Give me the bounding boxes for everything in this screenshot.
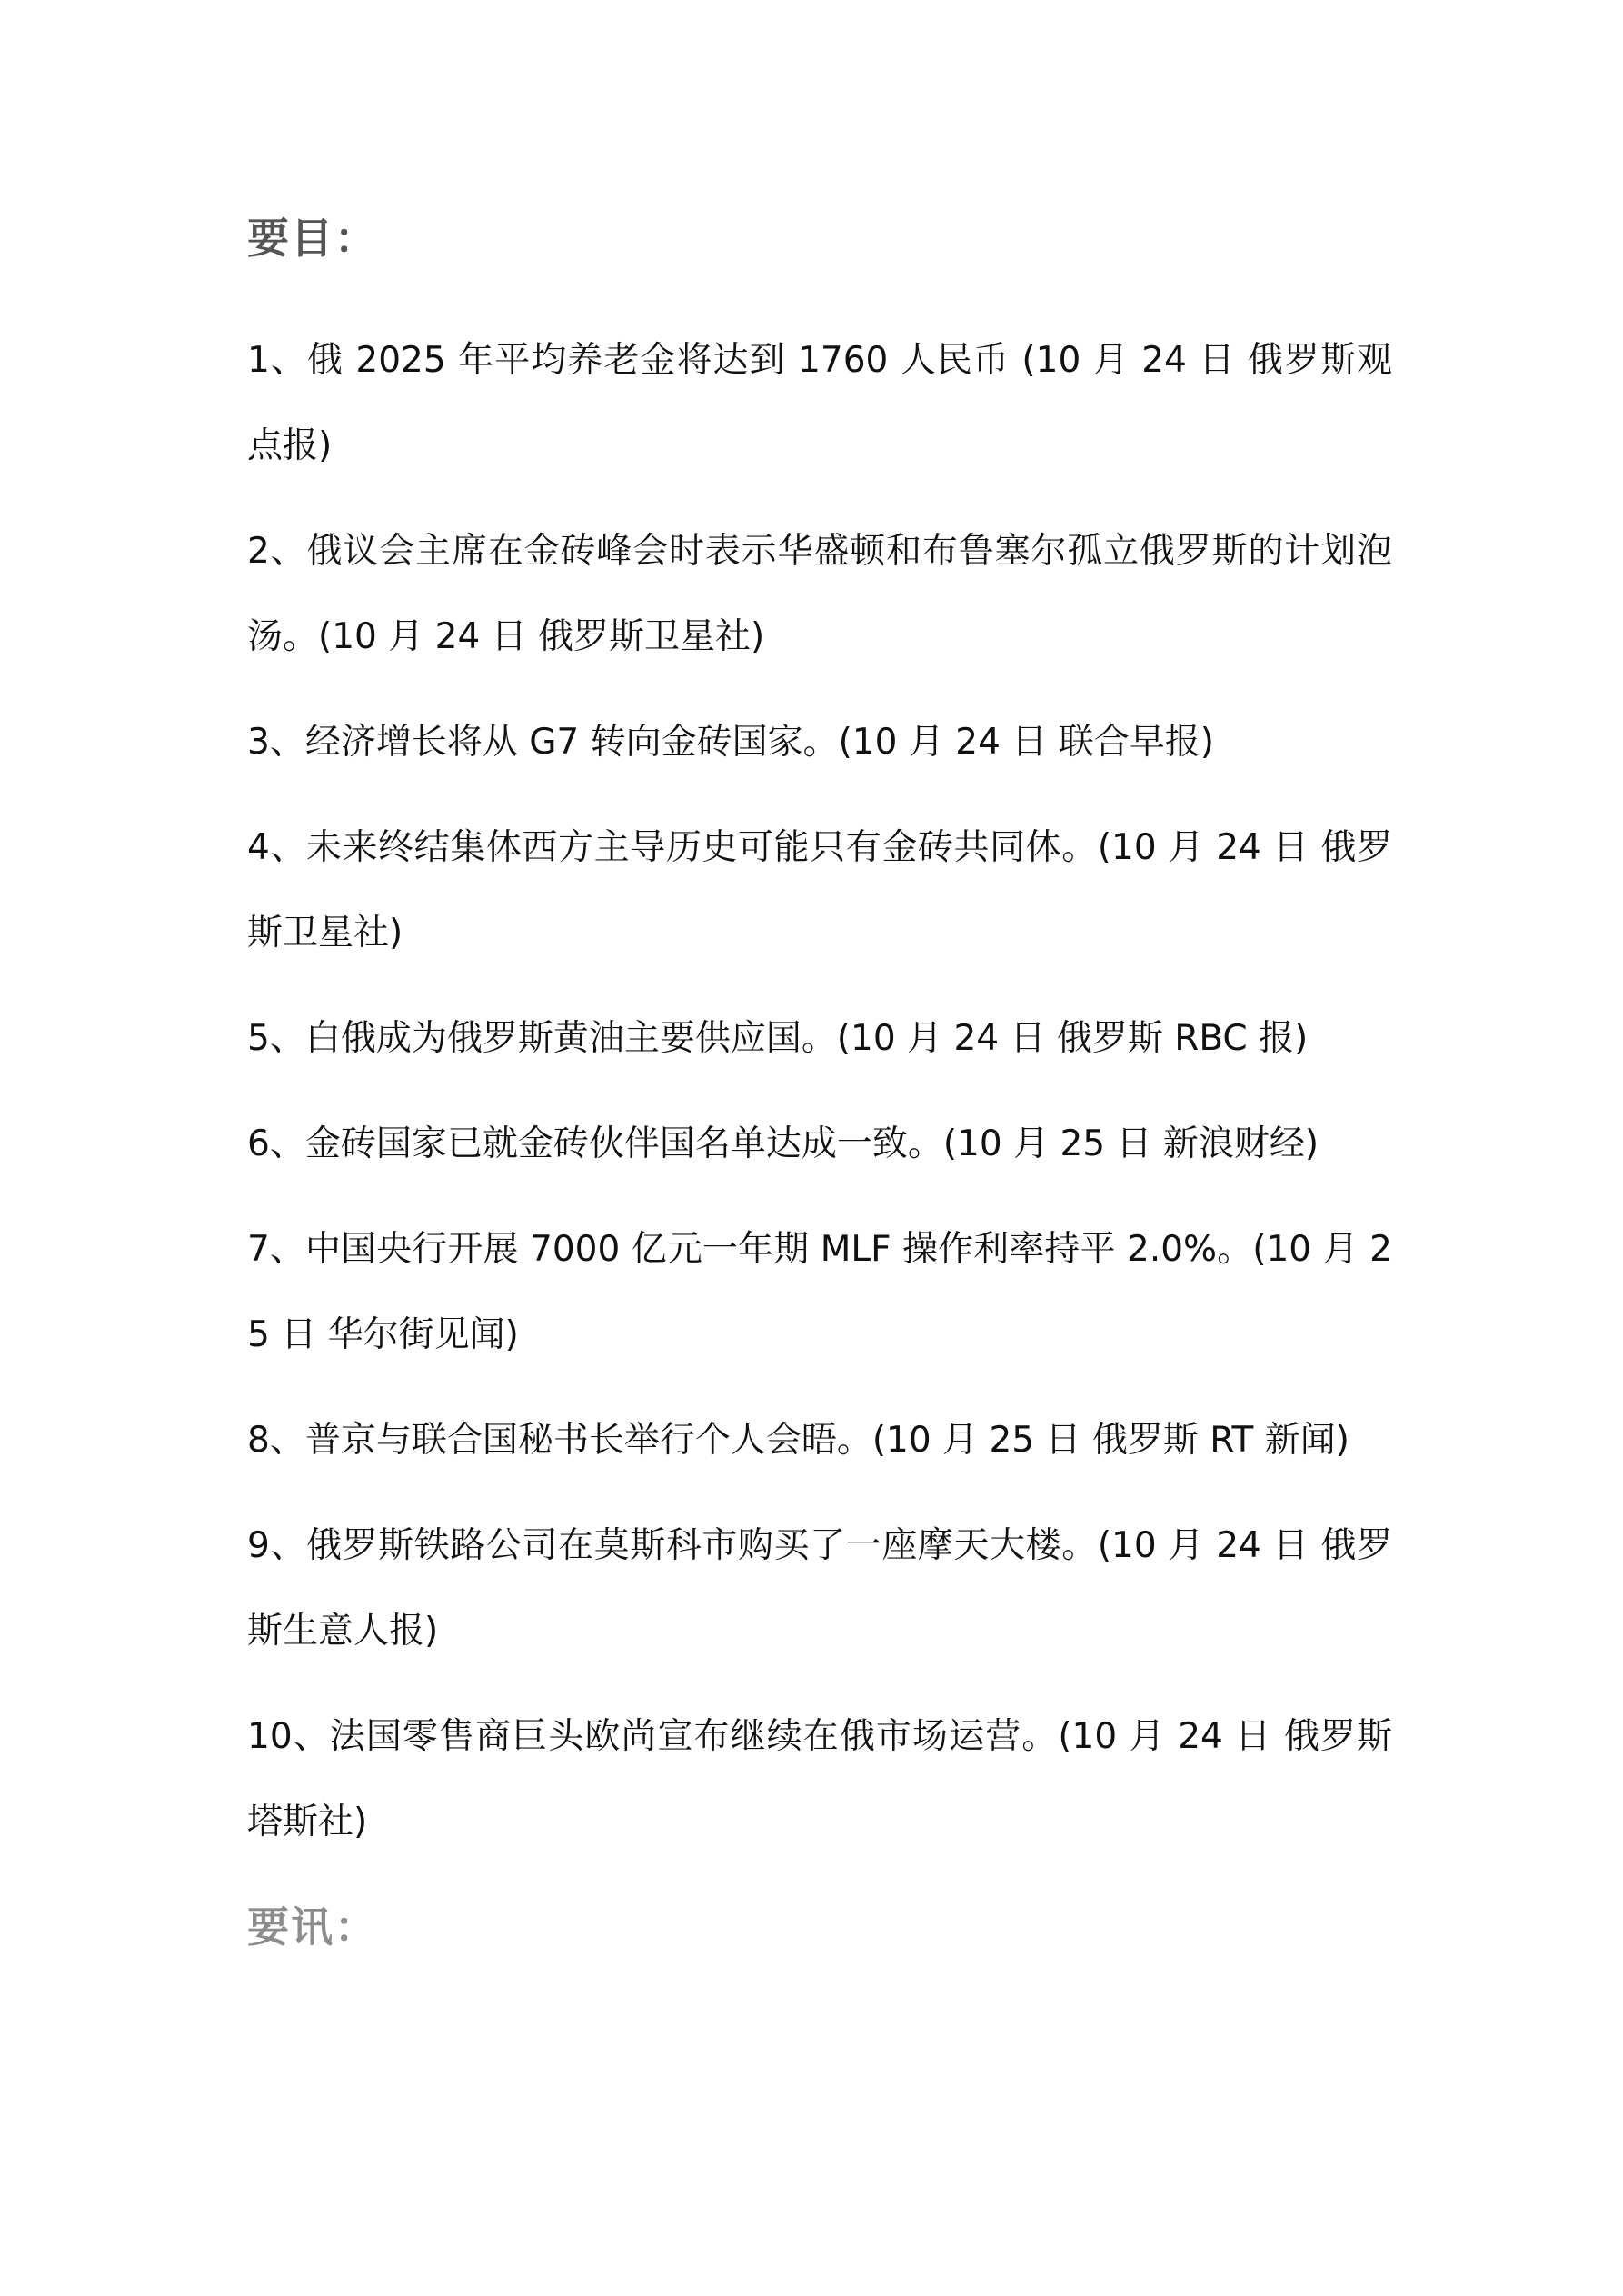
news-item-1: 1、俄 2025 年平均养老金将达到 1760 人民币 (10 月 24 日 俄… xyxy=(247,318,1392,489)
news-item-2: 2、俄议会主席在金砖峰会时表示华盛顿和布鲁塞尔孤立俄罗斯的计划泡汤。(10 月 … xyxy=(247,509,1392,680)
news-headline-list: 1、俄 2025 年平均养老金将达到 1760 人民币 (10 月 24 日 俄… xyxy=(247,318,1392,1885)
news-item-4: 4、未来终结集体西方主导历史可能只有金砖共同体。(10 月 24 日 俄罗斯卫星… xyxy=(247,805,1392,976)
news-item-6: 6、金砖国家已就金砖伙伴国名单达成一致。(10 月 25 日 新浪财经) xyxy=(247,1102,1392,1187)
section-heading-key-items: 要目： xyxy=(247,211,378,265)
news-item-7: 7、中国央行开展 7000 亿元一年期 MLF 操作利率持平 2.0%。(10 … xyxy=(247,1207,1392,1378)
news-item-8: 8、普京与联合国秘书长举行个人会晤。(10 月 25 日 俄罗斯 RT 新闻) xyxy=(247,1398,1392,1483)
news-item-5: 5、白俄成为俄罗斯黄油主要供应国。(10 月 24 日 俄罗斯 RBC 报) xyxy=(247,996,1392,1082)
news-item-9: 9、俄罗斯铁路公司在莫斯科市购买了一座摩天大楼。(10 月 24 日 俄罗斯生意… xyxy=(247,1503,1392,1674)
section-heading-news: 要讯： xyxy=(247,1900,378,1954)
news-item-3: 3、经济增长将从 G7 转向金砖国家。(10 月 24 日 联合早报) xyxy=(247,700,1392,785)
news-item-10: 10、法国零售商巨头欧尚宣布继续在俄市场运营。(10 月 24 日 俄罗斯塔斯社… xyxy=(247,1694,1392,1865)
